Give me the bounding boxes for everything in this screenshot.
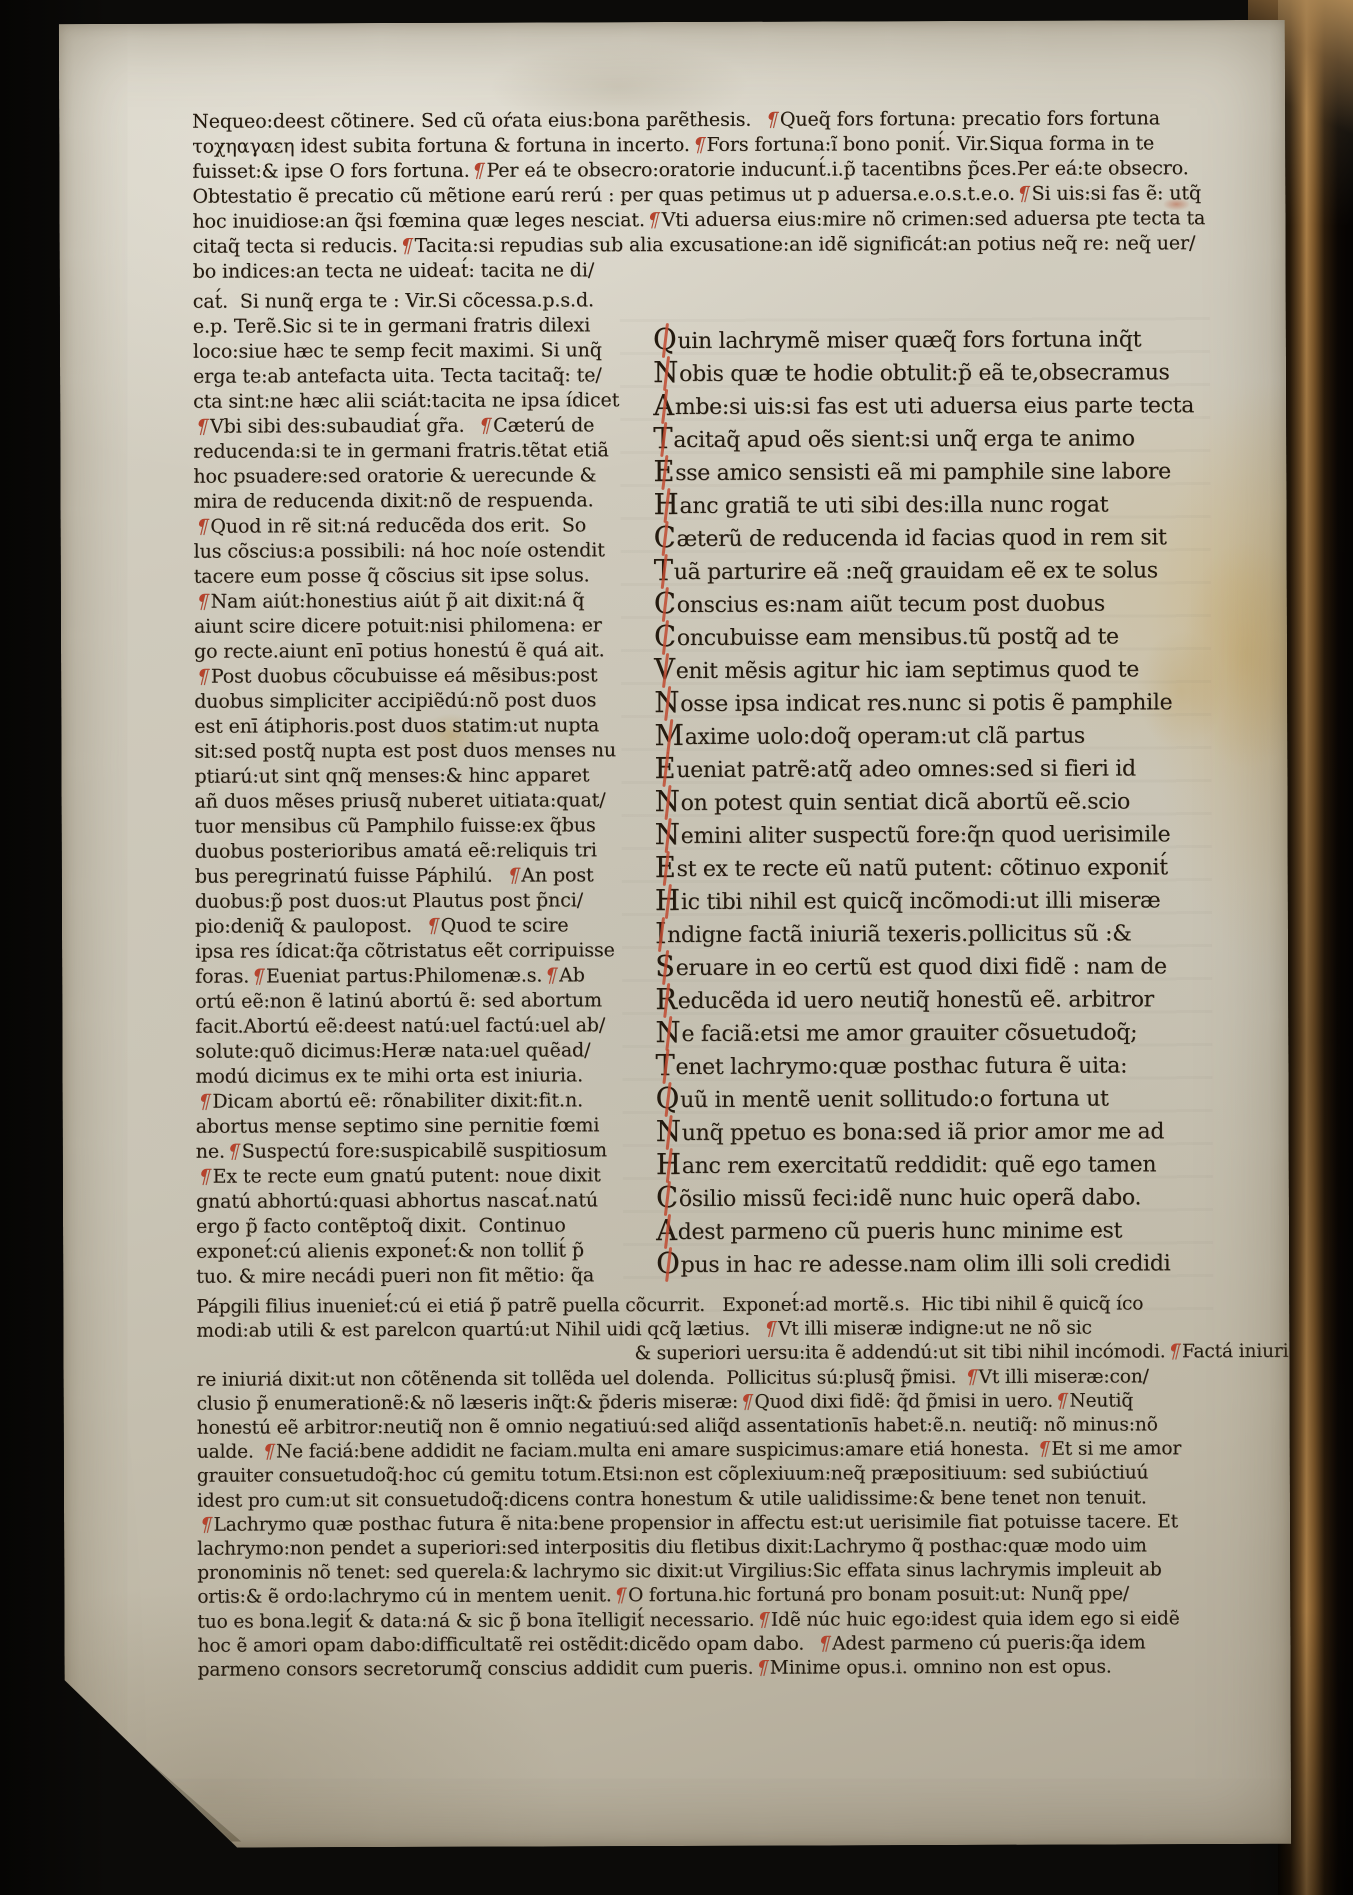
rubricated-initial: Q	[656, 1084, 680, 1113]
rubricated-initial: E	[654, 754, 675, 783]
text-line: & superiori uersu:ita ẽ addendú:ut sit t…	[196, 1340, 1256, 1368]
text-line: bus peregrinatú fuisse Páphilú. ¶An post	[195, 863, 665, 890]
text-line: Est ex te recte eũ natũ putent: cõtinuo …	[655, 850, 1255, 885]
rubricated-initial: H	[653, 490, 678, 519]
text-line: ualde. ¶Ne faciá:bene addidit ne faciam.…	[197, 1437, 1257, 1465]
text-line: ¶Nam aiút:honestius aiút p̃ ait dixit:ná…	[194, 588, 664, 615]
bottom-commentary-block: Pápgili filius inueniet́:cú ei etiá p̃ p…	[196, 1292, 1257, 1683]
text-line: Opus in hac re adesse.nam olim illi soli…	[656, 1246, 1256, 1281]
rubric-paragraph-mark-icon: ¶	[763, 107, 781, 133]
top-commentary-block: Nequeo:deest cõtinere. Sed cũ oŕata eius…	[192, 106, 1203, 285]
rubricated-initial: T	[654, 556, 673, 585]
rubricated-initial: O	[656, 1249, 680, 1278]
text-line: Nobis quæ te hodie obtulit:p̃ eã te,obse…	[653, 355, 1253, 390]
text-line: bo indices:an tecta ne uideat́: tacita n…	[193, 256, 1203, 285]
rubricated-initial: C	[656, 1183, 678, 1212]
rubricated-initial: R	[655, 985, 677, 1014]
text-line: re iniuriá dixit:ut non cõtẽnenda sit to…	[197, 1365, 1257, 1393]
rubric-paragraph-mark-icon: ¶	[194, 664, 212, 690]
text-line: ¶Post duobus cõcubuisse eá mẽsibus:post	[194, 663, 664, 690]
text-line: ¶Ex te recte eum gnatú putent: noue dixi…	[196, 1163, 666, 1190]
rubricated-initial: A	[653, 391, 674, 420]
rubricated-initial: N	[655, 1018, 680, 1047]
text-line: loco:siue hæc te semp fecit maximi. Si u…	[193, 338, 663, 365]
main-text-column: Quin lachrymẽ miser quæq̃ fors fortuna i…	[653, 322, 1256, 1281]
rubric-paragraph-mark-icon: ¶	[542, 963, 560, 989]
text-line: mira de reducenda dixit:nõ de respuenda.	[193, 488, 663, 515]
text-line: est enī átiphoris.post duos statim:ut nu…	[194, 713, 664, 740]
text-line: tacere eum posse q̃ cõscius sit ipse sol…	[194, 563, 664, 590]
rubric-paragraph-mark-icon: ¶	[424, 913, 442, 939]
text-line: gnatú abhortú:quasi abhortus nascat́.nat…	[196, 1188, 666, 1215]
text-line: Hanc rem exercitatũ reddidit: quẽ ego ta…	[656, 1147, 1256, 1182]
text-line: erga te:ab antefacta uita. Tecta tacitaq…	[193, 363, 663, 390]
text-line: lachrymo:non pendet a superiori:sed inte…	[197, 1534, 1257, 1562]
text-line: Concubuisse eam mensibus.tũ postq̃ ad te	[654, 619, 1254, 654]
rubricated-initial: N	[656, 1117, 681, 1146]
text-line: Maxime uolo:doq̃ operam:ut clã partus	[654, 718, 1254, 753]
rubricated-initial: N	[653, 358, 678, 387]
text-line: Reducẽda id uero neutiq̃ honestũ eẽ. arb…	[655, 982, 1255, 1017]
text-line: Esse amico sensisti eã mi pamphile sine …	[653, 454, 1253, 489]
rubric-paragraph-mark-icon: ¶	[193, 514, 211, 540]
text-line: Nosse ipsa indicat res.nunc si potis ẽ p…	[654, 685, 1254, 720]
text-line: Ne faciã:etsi me amor grauiter cõsuetudo…	[655, 1015, 1255, 1050]
text-line: lus cõscius:a possibili: ná hoc noíe ost…	[194, 538, 664, 565]
text-line: Tuã parturire eã :neq̃ grauidam eẽ ex te…	[654, 553, 1254, 588]
text-line: abortus mense septimo sine pernitie fœmi	[196, 1113, 666, 1140]
rubricated-initial: I	[655, 919, 666, 948]
rubric-paragraph-mark-icon: ¶	[761, 1317, 779, 1342]
text-line: fuisset:& ipse O fors fortuna.¶Per eá te…	[192, 156, 1202, 185]
text-line: modú dicimus ex te mihi orta est iniuria…	[195, 1063, 665, 1090]
rubric-paragraph-mark-icon: ¶	[611, 1584, 629, 1609]
rubric-paragraph-mark-icon: ¶	[195, 1089, 213, 1115]
text-line: aiunt scire dicere potuit:nisi philomena…	[194, 613, 664, 640]
text-line: Tacitaq̃ apud oẽs sient:si unq̃ erga te …	[653, 421, 1253, 456]
rubric-paragraph-mark-icon: ¶	[259, 1440, 277, 1465]
text-line: añ duos mẽses priusq̃ nuberet uitiata:qu…	[194, 788, 664, 815]
text-line: modi:ab utili & est parelcon quartú:ut N…	[196, 1316, 1256, 1344]
text-line: clusio p̃ enumerationẽ:& nõ læseris inq̃…	[197, 1389, 1257, 1417]
text-line: Conscius es:nam aiũt tecum post duobus	[654, 586, 1254, 621]
text-line: ptiarú:ut sint qnq̃ menses:& hinc appare…	[194, 763, 664, 790]
text-line: ¶Lachrymo quæ posthac futura ẽ nita:bene…	[197, 1510, 1257, 1538]
text-line: ¶Dicam abortú eẽ: rõnabiliter dixit:fit.…	[196, 1088, 666, 1115]
rubricated-initial: N	[655, 820, 680, 849]
text-line: cta sint:ne hæc alii sciát:tacita ne ips…	[193, 388, 663, 415]
rubric-paragraph-mark-icon: ¶	[1015, 181, 1033, 207]
text-line: exponet́:cú alienis exponet́:& non tolli…	[196, 1238, 666, 1265]
text-line: Indigne factã iniuriã texeris.pollicitus…	[655, 916, 1255, 951]
book-page: Nequeo:deest cõtinere. Sed cũ oŕata eius…	[59, 20, 1291, 1848]
text-line: pronominis nõ tenet: sed querela:& lachr…	[197, 1558, 1257, 1586]
rubric-paragraph-mark-icon: ¶	[193, 414, 211, 440]
rubricated-initial: C	[654, 523, 676, 552]
rubricated-initial: H	[656, 1150, 681, 1179]
rubricated-initial: Q	[653, 325, 677, 354]
rubric-paragraph-mark-icon: ¶	[194, 589, 212, 615]
rubricated-initial: E	[655, 853, 676, 882]
rubricated-initial: N	[654, 787, 679, 816]
rubric-paragraph-mark-icon: ¶	[225, 1139, 243, 1165]
text-line: ortis:& ẽ ordo:lachrymo cú in mentem uen…	[197, 1582, 1257, 1610]
text-line: tuor mensibus cũ Pamphilo fuisse:ex q̃bu…	[195, 813, 665, 840]
text-line: Hic tibi nihil est quicq̃ incõmodi:ut il…	[655, 883, 1255, 918]
rubricated-initial: A	[656, 1216, 677, 1245]
text-line: duobus posterioribus amatá eẽ:reliquis t…	[195, 838, 665, 865]
text-line: Quin lachrymẽ miser quæq̃ fors fortuna i…	[653, 322, 1253, 357]
text-line: grauiter consuetudoq̃:hoc cú gemitu totu…	[197, 1461, 1257, 1489]
rubricated-initial: H	[655, 886, 680, 915]
text-line: Pápgili filius inueniet́:cú ei etiá p̃ p…	[196, 1292, 1256, 1320]
text-line: τοχηαγαεη idest subita fortuna & fortuna…	[192, 131, 1202, 160]
text-line: hoc inuidiose:an q̃si fœmina quæ leges n…	[192, 206, 1202, 235]
rubricated-initial: N	[654, 688, 679, 717]
text-line: Nequeo:deest cõtinere. Sed cũ oŕata eius…	[192, 106, 1202, 135]
rubric-paragraph-mark-icon: ¶	[1053, 1389, 1071, 1414]
text-line: pio:deniq̃ & paulopost. ¶Quod te scire	[195, 913, 665, 940]
text-line: tuo. & mire necádi pueri non fit mẽtio: …	[196, 1263, 666, 1290]
rubric-paragraph-mark-icon: ¶	[738, 1390, 756, 1415]
rubric-paragraph-mark-icon: ¶	[753, 1656, 771, 1681]
text-line: Non potest quin sentiat dicã abortũ eẽ.s…	[654, 784, 1254, 819]
text-line: ne.¶Suspectú fore:suspicabilẽ suspitiosu…	[196, 1138, 666, 1165]
rubricated-initial: M	[654, 721, 684, 750]
text-line: honestú eẽ arbitror:neutiq̃ non ẽ omnio …	[197, 1413, 1257, 1441]
text-line: Tenet lachrymo:quæ posthac futura ẽ uita…	[655, 1048, 1255, 1083]
text-line: Obtestatio ẽ precatio cũ mẽtione earú re…	[192, 181, 1202, 210]
text-line: Quũ in mentẽ uenit sollitudo:o fortuna u…	[656, 1081, 1256, 1116]
text-line: e.p. Terẽ.Sic si te in germani fratris d…	[193, 313, 663, 340]
rubric-paragraph-mark-icon: ¶	[249, 964, 267, 990]
text-line: ¶Vbi sibi des:subaudiat́ gr̃a. ¶Cæterú d…	[193, 413, 663, 440]
text-line: Hanc gratiã te uti sibi des:illa nunc ro…	[653, 487, 1253, 522]
text-line: Venit mẽsis agitur hic iam septimus quod…	[654, 652, 1254, 687]
rubric-paragraph-mark-icon: ¶	[1035, 1437, 1053, 1462]
text-line: cat́. Si nunq̃ erga te : Vir.Si cõcessa.…	[193, 288, 663, 315]
text-line: idest pro cum:ut sit consuetudoq̃:dicens…	[197, 1486, 1257, 1514]
text-line: tuo es bona.legit́ & data:ná & sic p̃ bo…	[197, 1607, 1257, 1635]
text-line: Cõsilio missũ feci:idẽ nunc huic operã d…	[656, 1180, 1256, 1215]
rubricated-initial: C	[654, 589, 676, 618]
rubric-paragraph-mark-icon: ¶	[962, 1365, 980, 1390]
text-line: Cæterũ de reducenda id facias quod in re…	[654, 520, 1254, 555]
text-line: Nunq̃ ppetuo es bona:sed iã prior amor m…	[656, 1114, 1256, 1149]
rubric-paragraph-mark-icon: ¶	[469, 158, 487, 184]
text-line: Ambe:si uis:si fas est uti aduersa eius …	[653, 388, 1253, 423]
text-line: sit:sed postq̃ nupta est post duos mense…	[194, 738, 664, 765]
text-line: ipsa res ídicat:q̃a cõtristatus eẽt corr…	[195, 938, 665, 965]
rubric-paragraph-mark-icon: ¶	[645, 207, 663, 233]
rubricated-initial: T	[655, 1051, 674, 1080]
rubric-paragraph-mark-icon: ¶	[196, 1164, 214, 1190]
text-line: parmeno consors secretorumq̃ conscius ad…	[198, 1655, 1258, 1683]
text-line: hoc psuadere:sed oratorie & uerecunde &	[193, 463, 663, 490]
left-commentary-column: cat́. Si nunq̃ erga te : Vir.Si cõcessa.…	[193, 288, 666, 1290]
rubricated-initial: C	[654, 622, 676, 651]
rubricated-initial: E	[653, 457, 674, 486]
photo-backdrop: { "colors": { "ink": "#241a0f", "rubric_…	[0, 0, 1353, 1895]
text-line: Eueniat patrẽ:atq̃ adeo omnes:sed si fie…	[654, 751, 1254, 786]
text-line: duobus:p̃ post duos:ut Plautus post p̃nc…	[195, 888, 665, 915]
text-line: Adest parmeno cũ pueris hunc minime est	[656, 1213, 1256, 1248]
text-line: foras.¶Eueniat partus:Philomenæ.s.¶Ab	[195, 963, 665, 990]
text-line: Nemini aliter suspectũ fore:q̃n quod uer…	[655, 817, 1255, 852]
text-line: ¶Quod in rẽ sit:ná reducẽda dos erit. So	[194, 513, 664, 540]
rubric-paragraph-mark-icon: ¶	[398, 233, 416, 259]
text-line: solute:quõ dicimus:Heræ nata:uel quẽad/	[195, 1038, 665, 1065]
rubric-paragraph-mark-icon: ¶	[197, 1513, 215, 1538]
text-line: reducenda:si te in germani fratris.tẽtat…	[193, 438, 663, 465]
rubric-paragraph-mark-icon: ¶	[690, 132, 708, 158]
rubricated-initial: V	[654, 655, 675, 684]
text-line: ergo p̃ facto contẽptoq̃ dixit. Continuo	[196, 1213, 666, 1240]
text-line: duobus simpliciter accipiẽdú:nõ post duo…	[194, 688, 664, 715]
text-line: citaq̃ tecta si reducis.¶Tacita:si repud…	[193, 231, 1203, 260]
text-line: ortú eẽ:non ẽ latinú abortú ẽ: sed abort…	[195, 988, 665, 1015]
rubricated-initial: T	[653, 424, 672, 453]
rubric-paragraph-mark-icon: ¶	[754, 1608, 772, 1633]
rubric-paragraph-mark-icon: ¶	[504, 863, 522, 889]
rubric-paragraph-mark-icon: ¶	[476, 413, 494, 439]
text-line: hoc ẽ amori opam dabo:difficultatẽ rei o…	[197, 1631, 1257, 1659]
text-line: facit.Abortú eẽ:deest natú:uel factú:uel…	[195, 1013, 665, 1040]
rubric-paragraph-mark-icon: ¶	[815, 1632, 833, 1657]
rubric-paragraph-mark-icon: ¶	[1165, 1340, 1183, 1365]
text-line: go recte.aiunt enī potius honestú ẽ quá …	[194, 638, 664, 665]
rubricated-initial: S	[655, 952, 675, 981]
text-line: Seruare in eo certũ est quod dixi fidẽ :…	[655, 949, 1255, 984]
